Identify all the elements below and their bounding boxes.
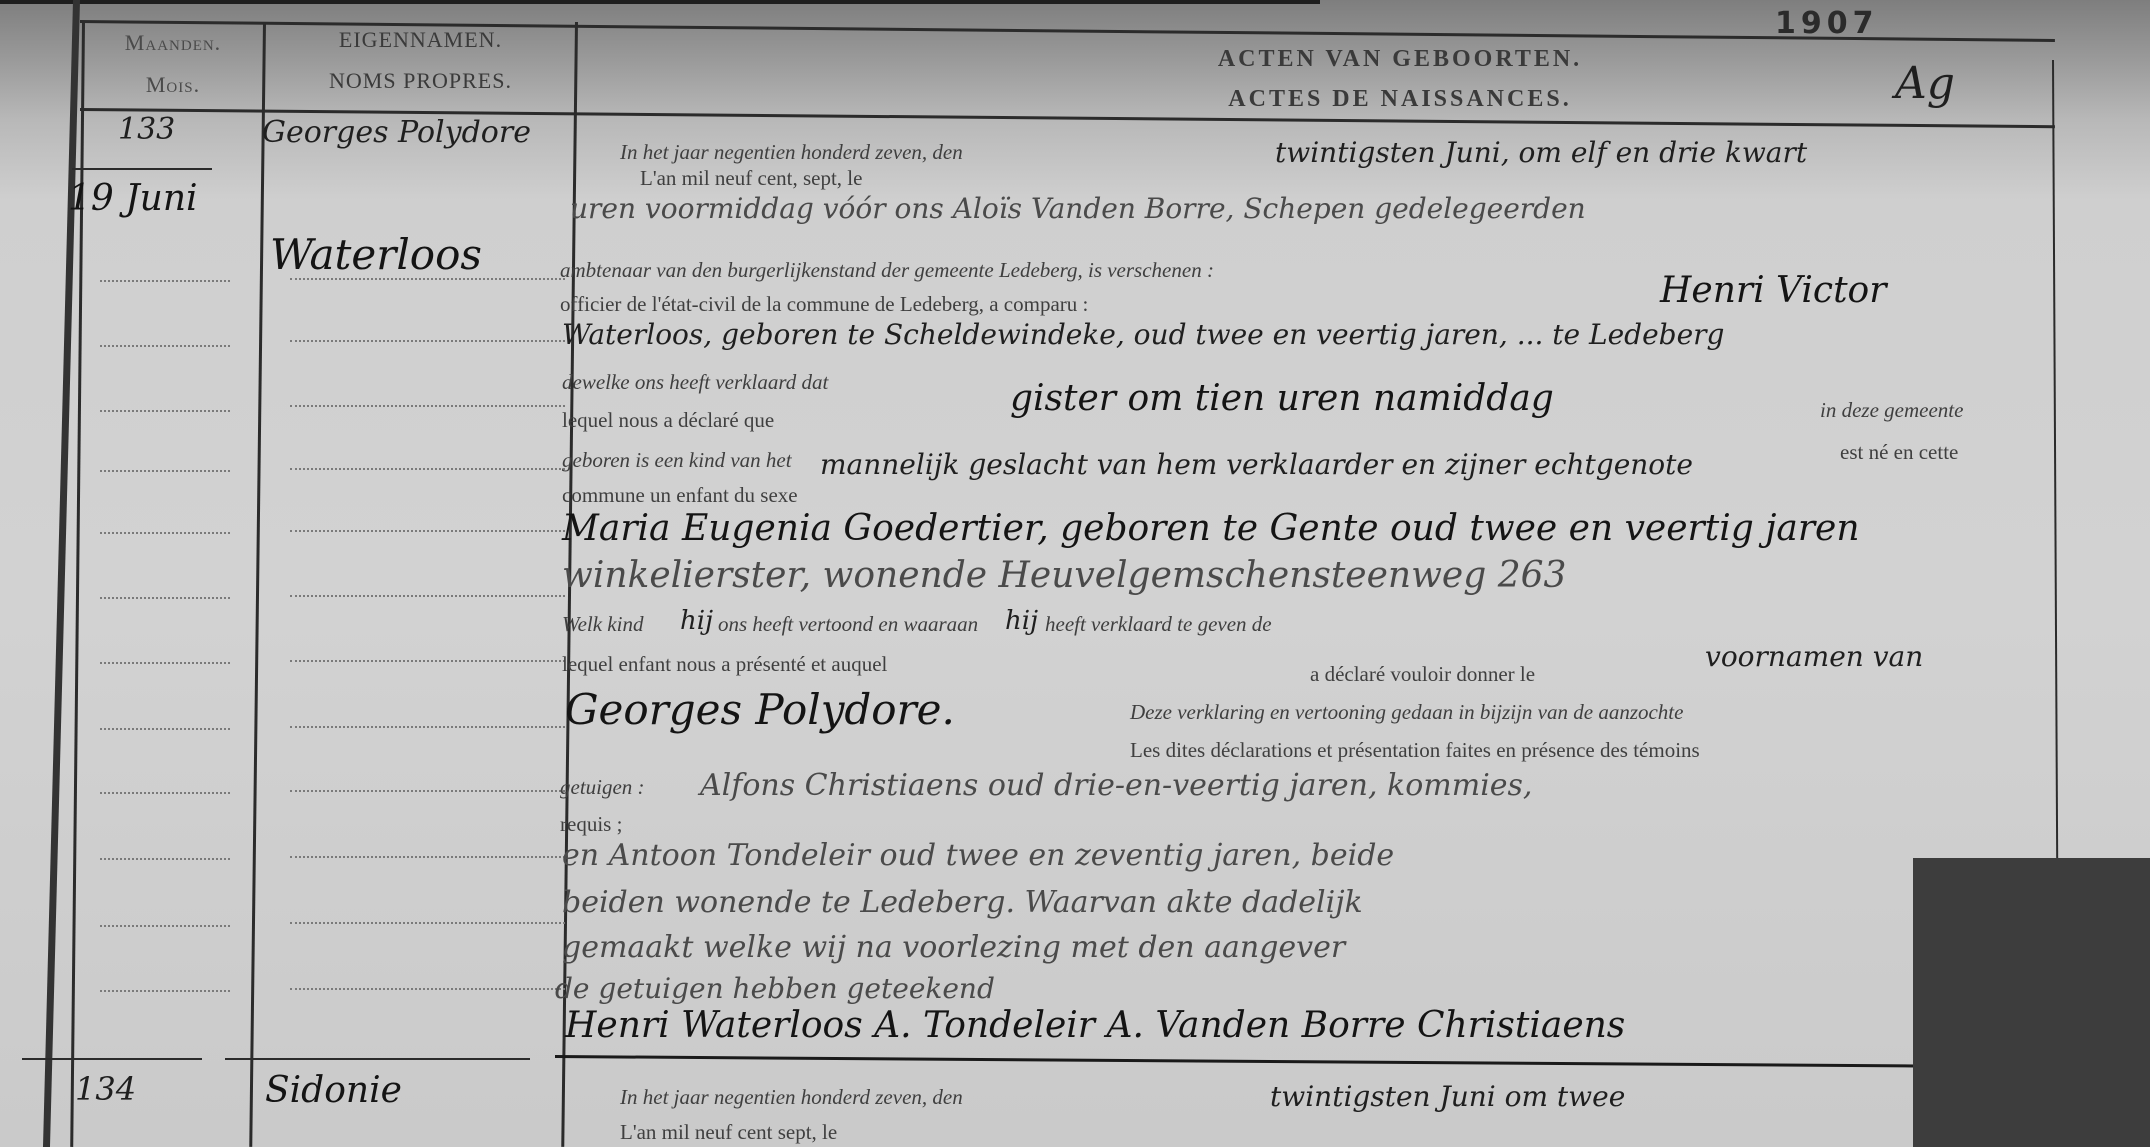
printed-text: ons heeft vertoond en waaraan xyxy=(718,612,978,637)
handwritten-text: beiden wonende te Ledeberg. Waarvan akte… xyxy=(562,885,1363,920)
printed-text: heeft verklaard te geven de xyxy=(1045,612,1272,637)
printed-text: In het jaar negentien honderd zeven, den xyxy=(620,140,963,165)
printed-text: lequel enfant nous a présenté et auquel xyxy=(562,652,887,677)
ruled-line xyxy=(290,405,565,407)
handwritten-text: en Antoon Tondeleir oud twee en zeventig… xyxy=(562,838,1394,873)
header-title-nl: ACTEN VAN GEBOORTEN. xyxy=(900,46,1900,73)
redaction-block xyxy=(1913,858,2150,1147)
handwritten-text: Maria Eugenia Goedertier, geboren te Gen… xyxy=(562,508,1860,549)
ruled-line xyxy=(290,856,565,858)
printed-text: In het jaar negentien honderd zeven, den xyxy=(620,1085,963,1110)
ruled-line xyxy=(290,530,565,532)
register-page: 1907 Maanden. Mois. EIGENNAMEN. NOMS PRO… xyxy=(0,0,2150,1147)
printed-text: ambtenaar van den burgerlijkenstand der … xyxy=(560,258,1214,283)
printed-text: est né en cette xyxy=(1840,440,1958,465)
ruled-line xyxy=(100,280,230,282)
ruled-line xyxy=(100,990,230,992)
printed-text: dewelke ons heeft verklaard dat xyxy=(562,370,828,395)
signatures: Henri Waterloos A. Tondeleir A. Vanden B… xyxy=(565,1005,1625,1046)
entry-number: 133 xyxy=(118,112,175,147)
printed-text: getuigen : xyxy=(560,775,645,800)
handwritten-text: mannelijk geslacht van hem verklaarder e… xyxy=(820,448,1693,481)
handwritten-text: hij xyxy=(1005,606,1038,636)
handwritten-text: Henri Victor xyxy=(1660,270,1886,311)
ruled-line xyxy=(290,660,565,662)
ruled-line xyxy=(290,340,565,342)
ruled-line xyxy=(100,345,230,347)
handwritten-text: gemaakt welke wij na voorlezing met den … xyxy=(562,930,1345,965)
printed-text: Les dites déclarations et présentation f… xyxy=(1130,738,1700,763)
printed-text: L'an mil neuf cent, sept, le xyxy=(640,166,862,191)
ruled-line xyxy=(290,468,565,470)
ruled-line xyxy=(290,726,565,728)
ruled-line xyxy=(100,532,230,534)
printed-text: L'an mil neuf cent sept, le xyxy=(620,1120,837,1145)
entry-number: 134 xyxy=(75,1070,136,1108)
ruled-line xyxy=(100,597,230,599)
header-names-fr: NOMS PROPRES. xyxy=(268,68,573,94)
handwritten-text: twintigsten Juni om twee xyxy=(1270,1080,1625,1113)
header-names-nl: EIGENNAMEN. xyxy=(268,27,573,53)
handwritten-text: uren voormiddag vóór ons Aloïs Vanden Bo… xyxy=(570,192,1586,225)
handwritten-text: twintigsten Juni, om elf en drie kwart xyxy=(1275,136,1807,169)
header-months-fr: Mois. xyxy=(88,72,258,98)
ruled-line xyxy=(290,922,565,924)
ruled-line xyxy=(100,410,230,412)
entry-number-underline xyxy=(72,168,212,170)
printed-text: geboren is een kind van het xyxy=(562,448,792,473)
printed-text: a déclaré vouloir donner le xyxy=(1310,662,1535,687)
margin-initials: Ag xyxy=(1895,58,1955,109)
ruled-line xyxy=(100,728,230,730)
entry-end-line xyxy=(555,1055,1915,1067)
ruled-line xyxy=(100,858,230,860)
printed-text: Deze verklaring en vertooning gedaan in … xyxy=(1130,700,1683,725)
entry-separator xyxy=(22,1058,202,1060)
printed-text: commune un enfant du sexe xyxy=(562,483,798,508)
handwritten-text: hij xyxy=(680,606,713,636)
ruled-line xyxy=(100,662,230,664)
printed-text: requis ; xyxy=(560,812,622,837)
surname: Waterloos xyxy=(270,230,482,279)
handwritten-text: winkelierster, wonende Heuvelgemschenste… xyxy=(562,555,1566,596)
printed-text: in deze gemeente xyxy=(1820,398,1963,423)
handwritten-text: gister om tien uren namiddag xyxy=(1010,378,1554,419)
given-names: Georges Polydore xyxy=(262,115,531,150)
header-title-fr: ACTES DE NAISSANCES. xyxy=(900,86,1900,113)
header-months-nl: Maanden. xyxy=(88,30,258,56)
col-divider-1 xyxy=(249,22,266,1147)
entry-separator xyxy=(225,1058,530,1060)
entry-date: 19 Juni xyxy=(68,178,198,219)
printed-text: lequel nous a déclaré que xyxy=(562,408,774,433)
ruled-line xyxy=(290,988,565,990)
printed-text: Welk kind xyxy=(562,612,643,637)
handwritten-text: voornamen van xyxy=(1705,640,1923,673)
handwritten-text: Waterloos, geboren te Scheldewindeke, ou… xyxy=(562,318,1724,351)
handwritten-text: Georges Polydore. xyxy=(565,685,955,734)
ruled-line xyxy=(100,792,230,794)
page-edge-shadow xyxy=(0,0,1320,4)
printed-text: officier de l'état-civil de la commune d… xyxy=(560,292,1088,317)
ruled-line xyxy=(290,595,565,597)
handwritten-text: de getuigen hebben geteekend xyxy=(555,972,995,1005)
ruled-line xyxy=(100,925,230,927)
handwritten-text: Alfons Christiaens oud drie-en-veertig j… xyxy=(700,768,1532,803)
ruled-line xyxy=(290,790,565,792)
given-names: Sidonie xyxy=(265,1070,402,1111)
ruled-line xyxy=(100,470,230,472)
ruled-line xyxy=(290,278,565,280)
